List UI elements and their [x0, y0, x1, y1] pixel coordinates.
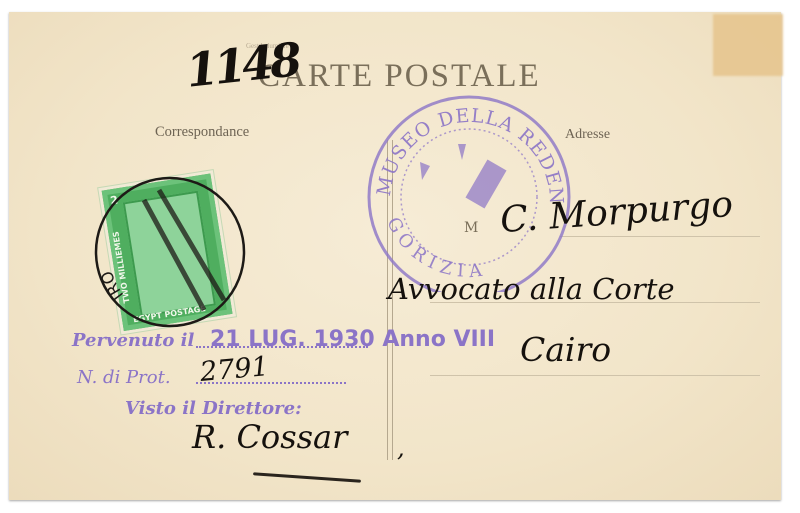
- address-line-3: [430, 375, 760, 376]
- received-label: Pervenuto il: [72, 330, 194, 351]
- director-signature: R. Cossar: [192, 418, 347, 456]
- postmark-cancellation: IRO: [84, 170, 254, 330]
- postcard-title: CARTE POSTALE: [258, 58, 541, 95]
- protocol-number: 2791: [199, 351, 270, 388]
- recipient-city: Cairo: [520, 330, 611, 369]
- address-line-1: [560, 236, 760, 237]
- recipient-title: Avvocato alla Corte: [388, 272, 675, 306]
- correspondence-label: Correspondance: [155, 124, 249, 141]
- museum-seal: MUSEO DELLA REDENZIONE GORIZIA M: [360, 92, 578, 292]
- svg-text:IRO: IRO: [97, 268, 127, 304]
- postmark-text: IRO: [97, 268, 127, 304]
- director-label: Visto il Direttore:: [125, 398, 302, 419]
- age-stain: [713, 14, 783, 76]
- signature-comma: ,: [397, 434, 405, 462]
- received-date: 21 LUG. 1930 Anno VIII: [210, 327, 495, 352]
- seal-center-letter: M: [464, 220, 478, 236]
- protocol-label: N. di Prot.: [77, 367, 171, 388]
